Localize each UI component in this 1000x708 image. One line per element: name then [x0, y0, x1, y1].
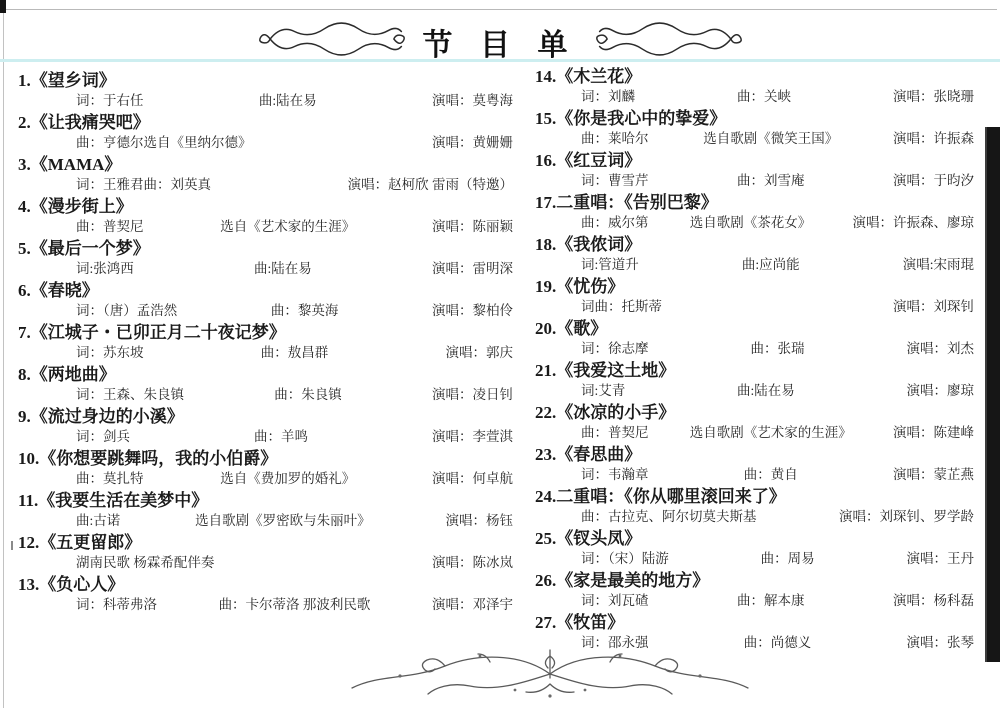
program-item: 4.《漫步街上》曲：普契尼选自《艺术家的生涯》演唱：陈丽颖	[18, 196, 523, 238]
credit-segment: 演唱：郭庆	[446, 343, 514, 362]
program-item-credits: 词：韦瀚章曲：黄自演唱：蒙芷燕	[535, 465, 990, 484]
credit-segment: 词：于右任	[76, 91, 144, 110]
credit-segment: 曲：威尔第	[581, 213, 649, 232]
credit-segment: 词：剑兵	[76, 427, 130, 446]
credit-segment: 词：刘麟	[581, 87, 635, 106]
credit-segment: 演唱：许振森	[893, 129, 974, 148]
program-item: 13.《负心人》词：科蒂弗洛曲：卡尔蒂洛 那波利民歌演唱：邓泽宇	[18, 574, 523, 616]
program-item-title: 17.二重唱：《告别巴黎》	[535, 192, 990, 213]
left-edge-tick	[11, 541, 13, 550]
program-item: 8.《两地曲》词：王森、朱良镇曲：朱良镇演唱：凌日钊	[18, 364, 523, 406]
program-item-credits: 曲：莱哈尔选自歌剧《微笑王国》演唱：许振森	[535, 129, 990, 148]
credit-segment: 曲：莫扎特	[76, 469, 144, 488]
credit-segment: 选自《艺术家的生涯》	[220, 217, 355, 236]
program-item: 21.《我爱这土地》词:艾青曲:陆在易演唱：廖琼	[535, 360, 990, 402]
credit-segment: 选自《费加罗的婚礼》	[220, 469, 355, 488]
program-item: 26.《家是最美的地方》词：刘瓦碴曲：解本康演唱：杨科磊	[535, 570, 990, 612]
program-item-credits: 词:管道升曲:应尚能演唱:宋雨琨	[535, 255, 990, 274]
program-item-title: 13.《负心人》	[18, 574, 523, 595]
credit-segment: 曲:陆在易	[737, 381, 795, 400]
program-item: 14.《木兰花》词：刘麟曲：关峡演唱：张晓珊	[535, 66, 990, 108]
credit-segment: 演唱：廖琼	[907, 381, 975, 400]
credit-segment: 曲：普契尼	[581, 423, 649, 442]
program-item-title: 3.《MAMA》	[18, 154, 523, 175]
credit-segment: 演唱：凌日钊	[432, 385, 513, 404]
credit-segment: 词：（唐）孟浩然	[76, 301, 177, 320]
program-item-title: 11.《我要生活在美梦中》	[18, 490, 523, 511]
program-item: 25.《钗头凤》词：（宋）陆游曲：周易演唱：王丹	[535, 528, 990, 570]
credit-segment: 曲：敖昌群	[261, 343, 329, 362]
program-column-right: 14.《木兰花》词：刘麟曲：关峡演唱：张晓珊15.《你是我心中的挚爱》曲：莱哈尔…	[535, 66, 990, 654]
program-item-credits: 词：王森、朱良镇曲：朱良镇演唱：凌日钊	[18, 385, 523, 404]
program-item-title: 7.《江城子・已卯正月二十夜记梦》	[18, 322, 523, 343]
program-item: 23.《春思曲》词：韦瀚章曲：黄自演唱：蒙芷燕	[535, 444, 990, 486]
program-item-title: 20.《歌》	[535, 318, 990, 339]
credit-segment: 词：徐志摩	[581, 339, 649, 358]
credit-segment: 曲：解本康	[737, 591, 805, 610]
credit-segment: 曲：朱良镇	[274, 385, 342, 404]
credit-segment: 词：王森、朱良镇	[76, 385, 184, 404]
corner-artifact	[0, 0, 6, 13]
program-item-title: 2.《让我痛哭吧》	[18, 112, 523, 133]
program-item-title: 16.《红豆词》	[535, 150, 990, 171]
program-item-credits: 曲：亨德尔选自《里纳尔德》演唱：黄姗姗	[18, 133, 523, 152]
calligraphic-swirl-icon	[257, 18, 407, 65]
credit-segment: 曲：关峡	[737, 87, 791, 106]
program-item-title: 10.《你想要跳舞吗，我的小伯爵》	[18, 448, 523, 469]
program-item-credits: 词：王雅君曲：刘英真演唱：赵柯欣 雷雨（特邀）	[18, 175, 523, 194]
program-item-credits: 词：于右任曲:陆在易演唱：莫粤海	[18, 91, 523, 110]
program-item: 15.《你是我心中的挚爱》曲：莱哈尔选自歌剧《微笑王国》演唱：许振森	[535, 108, 990, 150]
credit-segment: 曲:古诺	[76, 511, 120, 530]
program-item-title: 25.《钗头凤》	[535, 528, 990, 549]
program-item-title: 5.《最后一个梦》	[18, 238, 523, 259]
program-item: 3.《MAMA》词：王雅君曲：刘英真演唱：赵柯欣 雷雨（特邀）	[18, 154, 523, 196]
program-item-title: 15.《你是我心中的挚爱》	[535, 108, 990, 129]
credit-segment: 演唱:宋雨琨	[903, 255, 974, 274]
program-item-title: 23.《春思曲》	[535, 444, 990, 465]
program-item-credits: 词：（宋）陆游曲：周易演唱：王丹	[535, 549, 990, 568]
program-item-title: 6.《春晓》	[18, 280, 523, 301]
credit-segment: 演唱：莫粤海	[432, 91, 513, 110]
credit-segment: 词:张鸿西	[76, 259, 134, 278]
credit-segment: 演唱：杨钰	[445, 511, 513, 530]
floral-ornament-icon	[340, 644, 760, 705]
program-item-credits: 曲：莫扎特选自《费加罗的婚礼》演唱：何卓航	[18, 469, 523, 488]
program-item-title: 21.《我爱这土地》	[535, 360, 990, 381]
program-item-credits: 曲：普契尼选自《艺术家的生涯》演唱：陈丽颖	[18, 217, 523, 236]
program-item: 10.《你想要跳舞吗，我的小伯爵》曲：莫扎特选自《费加罗的婚礼》演唱：何卓航	[18, 448, 523, 490]
credit-segment: 曲:陆在易	[254, 259, 312, 278]
credit-segment: 词:管道升	[581, 255, 639, 274]
credit-segment: 演唱：陈建峰	[893, 423, 974, 442]
credit-segment: 词曲：托斯蒂	[581, 297, 662, 316]
credit-segment: 演唱：雷明深	[432, 259, 513, 278]
credit-segment: 演唱：陈冰岚	[432, 553, 513, 572]
credit-segment: 词：（宋）陆游	[581, 549, 669, 568]
credit-segment: 演唱：张琴	[907, 633, 975, 652]
program-item-credits: 曲：威尔第选自歌剧《茶花女》演唱：许振森、廖琼	[535, 213, 990, 232]
credit-segment: 演唱：蒙芷燕	[893, 465, 974, 484]
program-item: 1.《望乡词》词：于右任曲:陆在易演唱：莫粤海	[18, 70, 523, 112]
credit-segment: 选自歌剧《微笑王国》	[703, 129, 838, 148]
program-item-credits: 词曲：托斯蒂演唱：刘琛钊	[535, 297, 990, 316]
program-item-credits: 词:张鸿西曲:陆在易演唱：雷明深	[18, 259, 523, 278]
credit-segment: 选自歌剧《罗密欧与朱丽叶》	[195, 511, 371, 530]
program-item-title: 26.《家是最美的地方》	[535, 570, 990, 591]
credit-segment: 选自歌剧《艺术家的生涯》	[690, 423, 852, 442]
credit-segment: 曲：羊鸣	[254, 427, 308, 446]
program-item-title: 8.《两地曲》	[18, 364, 523, 385]
credit-segment: 曲：周易	[761, 549, 815, 568]
program-item-title: 27.《牧笛》	[535, 612, 990, 633]
credit-segment: 湖南民歌 杨霖希配伴奏	[76, 553, 214, 572]
program-item: 7.《江城子・已卯正月二十夜记梦》词：苏东坡曲：敖昌群演唱：郭庆	[18, 322, 523, 364]
page-left-border	[3, 9, 4, 708]
program-item: 16.《红豆词》词：曹雪芹曲：刘雪庵演唱：于昀汐	[535, 150, 990, 192]
credit-segment: 演唱：许振森、廖琼	[853, 213, 975, 232]
program-item: 19.《忧伤》词曲：托斯蒂演唱：刘琛钊	[535, 276, 990, 318]
credit-segment: 曲:应尚能	[742, 255, 800, 274]
page-top-border	[0, 9, 997, 10]
credit-segment: 词：苏东坡	[76, 343, 144, 362]
credit-segment: 曲：黎英海	[271, 301, 339, 320]
credit-segment: 演唱：张晓珊	[893, 87, 974, 106]
credit-segment: 演唱：王丹	[907, 549, 975, 568]
credit-segment: 曲：黄自	[744, 465, 798, 484]
credit-segment: 词：王雅君曲：刘英真	[76, 175, 211, 194]
program-item-credits: 词：苏东坡曲：敖昌群演唱：郭庆	[18, 343, 523, 362]
program-item-credits: 词：（唐）孟浩然曲：黎英海演唱：黎柏伶	[18, 301, 523, 320]
program-item-title: 19.《忧伤》	[535, 276, 990, 297]
program-column-left: 1.《望乡词》词：于右任曲:陆在易演唱：莫粤海2.《让我痛哭吧》曲：亨德尔选自《…	[18, 66, 523, 616]
credit-segment: 曲：张瑞	[751, 339, 805, 358]
program-item-title: 24.二重唱：《你从哪里滚回来了》	[535, 486, 990, 507]
program-item-credits: 曲：普契尼选自歌剧《艺术家的生涯》演唱：陈建峰	[535, 423, 990, 442]
program-sheet: 节 目 单 1.《望乡词》词：于右任曲:陆在易演唱：莫粤海2.《让我痛哭吧》曲：…	[0, 0, 1000, 708]
credit-segment: 演唱：黎柏伶	[432, 301, 513, 320]
program-item: 24.二重唱：《你从哪里滚回来了》曲：古拉克、阿尔切莫夫斯基演唱：刘琛钊、罗学龄	[535, 486, 990, 528]
program-item: 6.《春晓》词：（唐）孟浩然曲：黎英海演唱：黎柏伶	[18, 280, 523, 322]
credit-segment: 演唱：杨科磊	[893, 591, 974, 610]
header-divider	[0, 59, 1000, 62]
program-item-title: 12.《五更留郎》	[18, 532, 523, 553]
calligraphic-swirl-icon	[594, 18, 744, 65]
credit-segment: 演唱：黄姗姗	[432, 133, 513, 152]
program-item-title: 22.《冰凉的小手》	[535, 402, 990, 423]
program-item-credits: 词：徐志摩曲：张瑞演唱：刘杰	[535, 339, 990, 358]
program-item-credits: 曲:古诺选自歌剧《罗密欧与朱丽叶》演唱：杨钰	[18, 511, 523, 530]
credit-segment: 演唱：李萱淇	[432, 427, 513, 446]
program-item-credits: 词：曹雪芹曲：刘雪庵演唱：于昀汐	[535, 171, 990, 190]
program-item-credits: 曲：古拉克、阿尔切莫夫斯基演唱：刘琛钊、罗学龄	[535, 507, 990, 526]
credit-segment: 词：韦瀚章	[581, 465, 649, 484]
program-item-title: 9.《流过身边的小溪》	[18, 406, 523, 427]
credit-segment: 曲：刘雪庵	[737, 171, 805, 190]
program-item-title: 4.《漫步街上》	[18, 196, 523, 217]
program-item-credits: 词：刘麟曲：关峡演唱：张晓珊	[535, 87, 990, 106]
credit-segment: 演唱：陈丽颖	[432, 217, 513, 236]
credit-segment: 演唱：邓泽宇	[432, 595, 513, 614]
credit-segment: 曲：卡尔蒂洛 那波利民歌	[219, 595, 371, 614]
program-item-title: 14.《木兰花》	[535, 66, 990, 87]
program-item: 20.《歌》词：徐志摩曲：张瑞演唱：刘杰	[535, 318, 990, 360]
program-item: 12.《五更留郎》湖南民歌 杨霖希配伴奏演唱：陈冰岚	[18, 532, 523, 574]
program-item-credits: 词：剑兵曲：羊鸣演唱：李萱淇	[18, 427, 523, 446]
credit-segment: 词：刘瓦碴	[581, 591, 649, 610]
credit-segment: 选自歌剧《茶花女》	[690, 213, 812, 232]
credit-segment: 演唱：于昀汐	[893, 171, 974, 190]
credit-segment: 曲：普契尼	[76, 217, 144, 236]
credit-segment: 演唱：何卓航	[432, 469, 513, 488]
program-list: 1.《望乡词》词：于右任曲:陆在易演唱：莫粤海2.《让我痛哭吧》曲：亨德尔选自《…	[18, 66, 990, 654]
credit-segment: 曲：莱哈尔	[581, 129, 649, 148]
credit-segment: 演唱：刘琛钊、罗学龄	[839, 507, 974, 526]
credit-segment: 演唱：刘琛钊	[893, 297, 974, 316]
credit-segment: 词：曹雪芹	[581, 171, 649, 190]
credit-segment: 曲：亨德尔选自《里纳尔德》	[76, 133, 252, 152]
program-item: 9.《流过身边的小溪》词：剑兵曲：羊鸣演唱：李萱淇	[18, 406, 523, 448]
program-item: 5.《最后一个梦》词:张鸿西曲:陆在易演唱：雷明深	[18, 238, 523, 280]
program-item: 18.《我侬词》词:管道升曲:应尚能演唱:宋雨琨	[535, 234, 990, 276]
program-item-credits: 词：科蒂弗洛曲：卡尔蒂洛 那波利民歌演唱：邓泽宇	[18, 595, 523, 614]
program-item: 17.二重唱：《告别巴黎》曲：威尔第选自歌剧《茶花女》演唱：许振森、廖琼	[535, 192, 990, 234]
credit-segment: 词:艾青	[581, 381, 625, 400]
credit-segment: 演唱：刘杰	[907, 339, 975, 358]
program-item-title: 1.《望乡词》	[18, 70, 523, 91]
credit-segment: 曲：古拉克、阿尔切莫夫斯基	[581, 507, 757, 526]
screen-edge-bar	[985, 127, 1000, 662]
header: 节 目 单	[0, 18, 1000, 65]
program-item: 2.《让我痛哭吧》曲：亨德尔选自《里纳尔德》演唱：黄姗姗	[18, 112, 523, 154]
credit-segment: 演唱：赵柯欣 雷雨（特邀）	[348, 175, 513, 194]
program-item-credits: 词：刘瓦碴曲：解本康演唱：杨科磊	[535, 591, 990, 610]
credit-segment: 曲:陆在易	[259, 91, 317, 110]
program-item: 11.《我要生活在美梦中》曲:古诺选自歌剧《罗密欧与朱丽叶》演唱：杨钰	[18, 490, 523, 532]
program-item-title: 18.《我侬词》	[535, 234, 990, 255]
program-item-credits: 词:艾青曲:陆在易演唱：廖琼	[535, 381, 990, 400]
page-title: 节 目 单	[423, 20, 578, 64]
program-item-credits: 湖南民歌 杨霖希配伴奏演唱：陈冰岚	[18, 553, 523, 572]
program-item: 22.《冰凉的小手》曲：普契尼选自歌剧《艺术家的生涯》演唱：陈建峰	[535, 402, 990, 444]
credit-segment: 词：科蒂弗洛	[76, 595, 157, 614]
